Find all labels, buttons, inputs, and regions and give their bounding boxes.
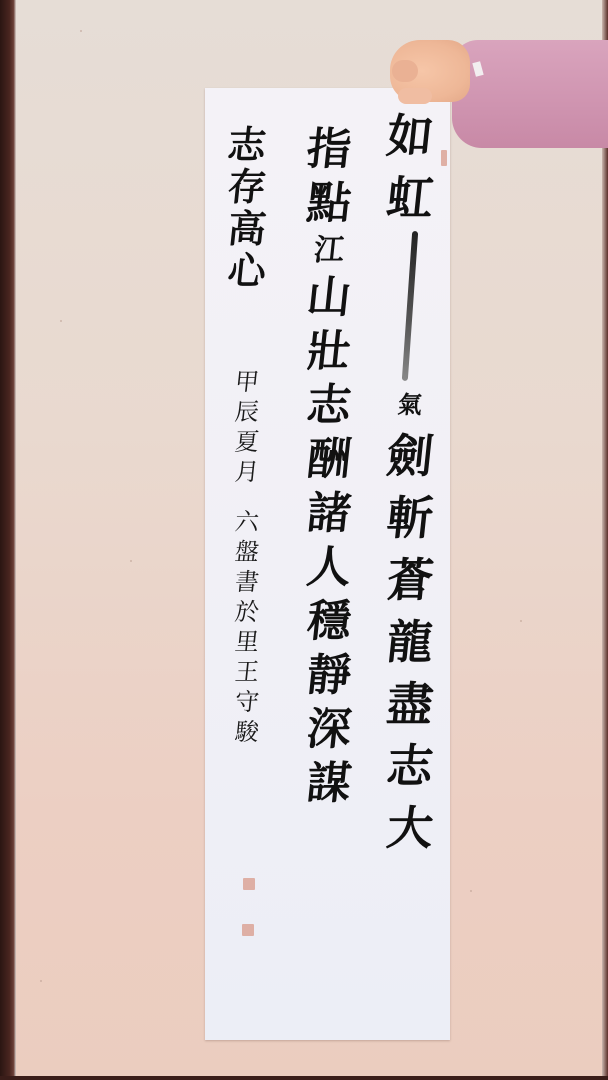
character: 龍 (385, 619, 436, 665)
character: 志 (226, 126, 268, 164)
character: 如 (385, 113, 436, 159)
character: 守 (234, 690, 261, 714)
character: 大 (385, 805, 436, 851)
character: 盤 (234, 540, 261, 564)
frame-bottom-edge (0, 1076, 608, 1080)
character: 深 (305, 708, 354, 752)
character: 王 (234, 660, 261, 684)
board-speck (60, 320, 62, 322)
character: 月 (234, 460, 261, 484)
character: 夏 (234, 430, 261, 454)
calligraphy-scroll: 如 虹 氣 劍 斬 蒼 龍 盡 志 大 指 點 江 山 壯 志 酬 諸 人 穩 … (205, 88, 450, 1040)
character: 甲 (234, 370, 261, 394)
character: 里 (234, 630, 261, 654)
board-speck (40, 980, 42, 982)
character: 書 (234, 570, 261, 594)
character: 高 (226, 210, 268, 248)
seal-stamp-studio (242, 924, 254, 936)
calligraphy-column-3: 志 存 高 心 (217, 126, 277, 290)
character: 心 (226, 252, 268, 290)
calligraphy-column-1: 如 虹 氣 劍 斬 蒼 龍 盡 志 大 (375, 113, 445, 851)
character: 六 (234, 510, 261, 534)
character: 靜 (305, 654, 354, 698)
character: 江 (312, 236, 345, 266)
character: 氣 (397, 393, 424, 417)
signature-inscription: 甲 辰 夏 月 六 盤 書 於 里 王 守 駿 (227, 370, 267, 744)
frame-right-edge (602, 0, 608, 1080)
character: 志 (385, 743, 436, 789)
character: 酬 (305, 438, 354, 482)
character: 駿 (234, 720, 261, 744)
character: 指 (305, 128, 354, 172)
character: 存 (226, 168, 268, 206)
character: 山 (305, 276, 354, 320)
thumb (398, 88, 432, 104)
frame-left-edge (0, 0, 16, 1080)
board-speck (80, 30, 82, 32)
character: 劍 (385, 433, 436, 479)
character: 虹 (385, 175, 436, 221)
pink-sleeve (452, 40, 608, 148)
character: 於 (234, 600, 261, 624)
character: 壯 (305, 330, 354, 374)
finger (392, 60, 418, 82)
seal-stamp-name (243, 878, 255, 890)
character: 志 (305, 384, 354, 428)
character: 人 (305, 546, 354, 590)
character: 盡 (385, 681, 436, 727)
character: 斬 (385, 495, 436, 541)
board-speck (470, 890, 472, 892)
character: 點 (305, 182, 354, 226)
character: 穩 (305, 600, 354, 644)
board-speck (520, 620, 522, 622)
calligraphy-column-2: 指 點 江 山 壯 志 酬 諸 人 穩 靜 深 謀 (293, 128, 365, 806)
character: 諸 (305, 492, 354, 536)
character: 謀 (305, 762, 354, 806)
character: 辰 (234, 400, 261, 424)
board-speck (130, 560, 132, 562)
long-vertical-stroke (402, 231, 418, 381)
character: 蒼 (385, 557, 436, 603)
